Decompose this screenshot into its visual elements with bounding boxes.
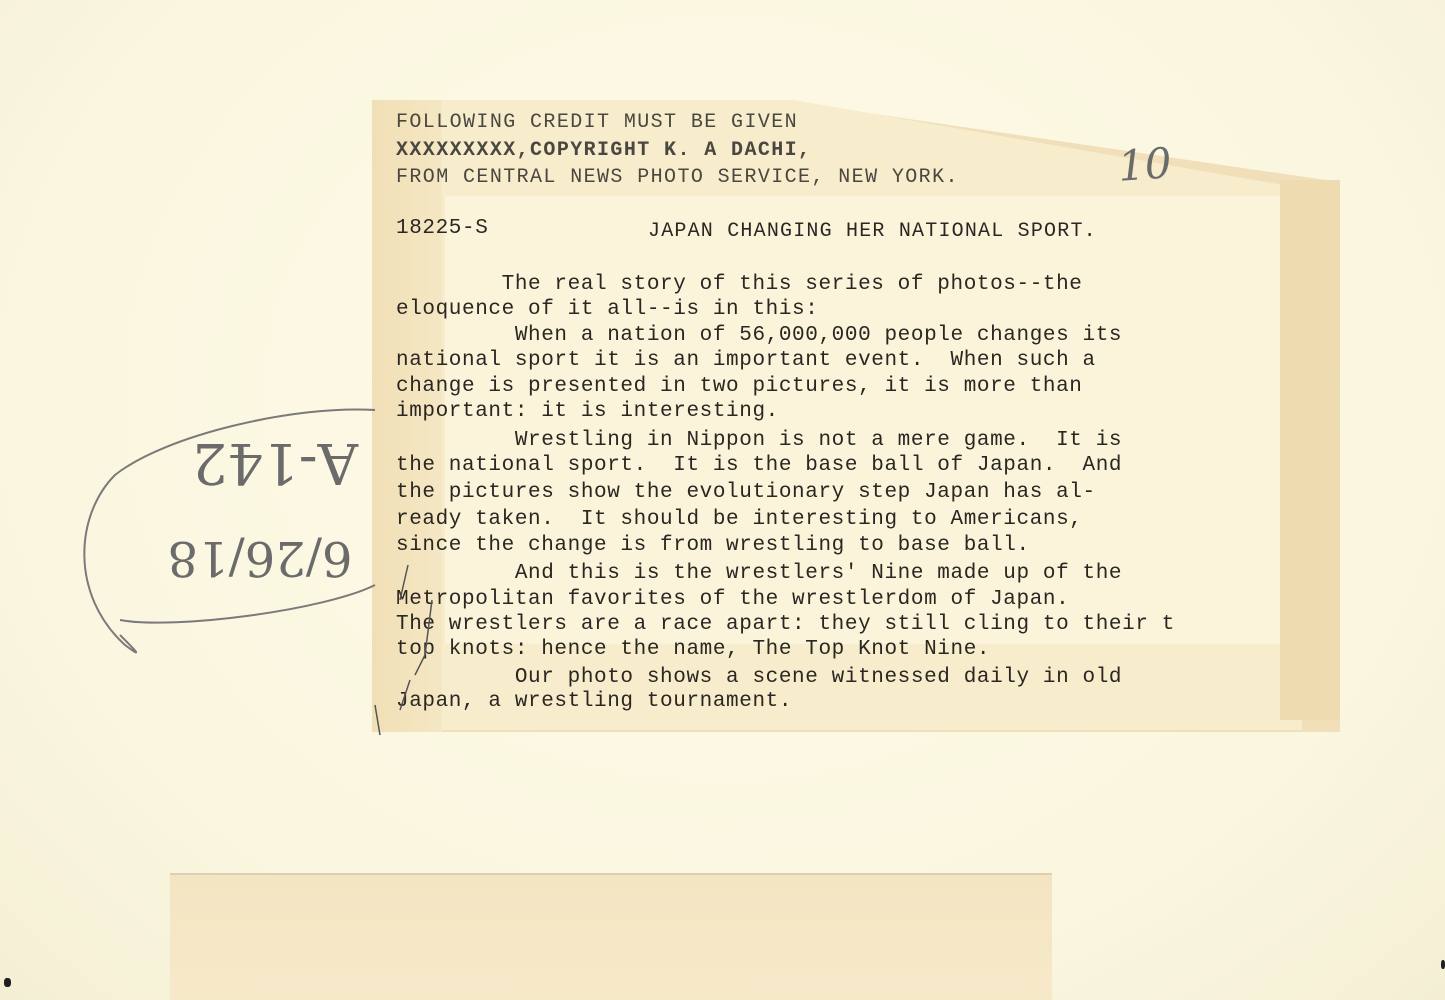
body-line: national sport it is an important event.… bbox=[396, 348, 1096, 374]
reference-number: 18225-S bbox=[396, 216, 488, 242]
body-line: eloquence of it all--is in this: bbox=[396, 297, 818, 323]
body-line: Wrestling in Nippon is not a mere game. … bbox=[396, 428, 1122, 454]
ink-speck bbox=[4, 978, 11, 987]
right-tape-strip bbox=[1280, 180, 1340, 720]
body-line: The real story of this series of photos-… bbox=[396, 272, 1083, 298]
credit-line-3: FROM CENTRAL NEWS PHOTO SERVICE, NEW YOR… bbox=[396, 165, 959, 190]
pencil-stroke-mark bbox=[370, 560, 450, 750]
body-line: the national sport. It is the base ball … bbox=[396, 453, 1122, 479]
body-line: Metropolitan favorites of the wrestlerdo… bbox=[396, 587, 1069, 613]
credit-line-2: XXXXXXXXX,COPYRIGHT K. A DACHI, bbox=[396, 138, 811, 163]
catalog-number-note: A-142 bbox=[165, 430, 385, 495]
body-line: The wrestlers are a race apart: they sti… bbox=[396, 612, 1175, 638]
body-line: the pictures show the evolutionary step … bbox=[396, 480, 1096, 506]
body-line: important: it is interesting. bbox=[396, 399, 779, 425]
body-line: Our photo shows a scene witnessed daily … bbox=[396, 665, 1122, 691]
body-line: top knots: hence the name, The Top Knot … bbox=[396, 637, 990, 663]
body-line: change is presented in two pictures, it … bbox=[396, 374, 1083, 400]
body-line: And this is the wrestlers' Nine made up … bbox=[396, 561, 1122, 587]
handwritten-page-number: 10 bbox=[1116, 138, 1173, 191]
body-line: ready taken. It should be interesting to… bbox=[396, 507, 1083, 533]
credit-line-1: FOLLOWING CREDIT MUST BE GIVEN bbox=[396, 110, 798, 135]
ink-speck bbox=[1441, 960, 1445, 969]
document-title: JAPAN CHANGING HER NATIONAL SPORT. bbox=[648, 219, 1097, 245]
bottom-paper-remnant bbox=[170, 873, 1052, 1000]
body-line: When a nation of 56,000,000 people chang… bbox=[396, 323, 1122, 349]
date-note: 6/26/18 bbox=[165, 530, 355, 586]
body-line: Japan, a wrestling tournament. bbox=[396, 689, 792, 715]
body-line: since the change is from wrestling to ba… bbox=[396, 533, 1030, 559]
